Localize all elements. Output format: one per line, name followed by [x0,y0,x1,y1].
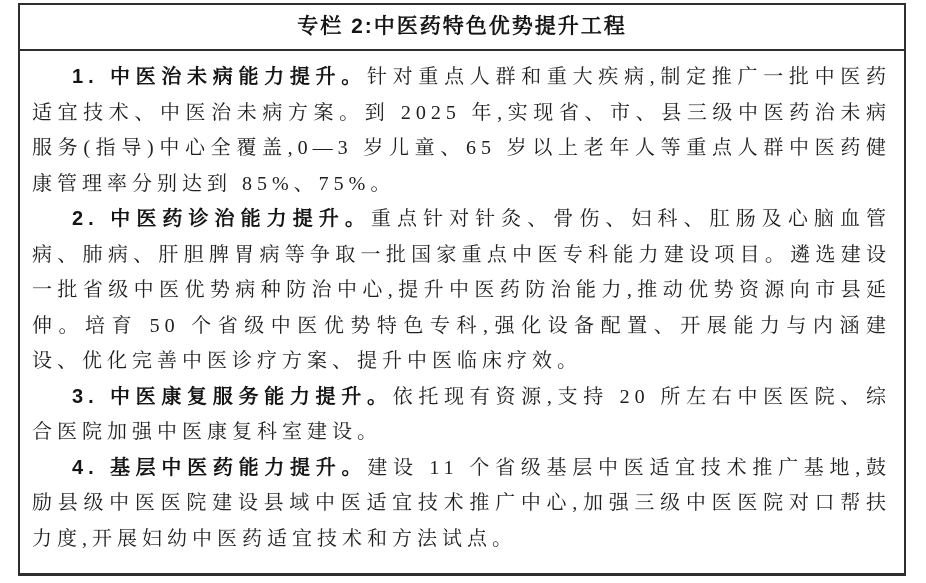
special-column-body: 1. 中医治未病能力提升。针对重点人群和重大疾病,制定推广一批中医药适宜技术、中… [20,51,904,557]
special-column-box: 专栏 2:中医药特色优势提升工程 1. 中医治未病能力提升。针对重点人群和重大疾… [18,3,906,576]
paragraph-2: 2. 中医药诊治能力提升。重点针对针灸、骨伤、妇科、肛肠及心脑血管病、肺病、肝胆… [32,202,891,380]
paragraph-1: 1. 中医治未病能力提升。针对重点人群和重大疾病,制定推广一批中医药适宜技术、中… [32,60,891,202]
paragraph-3: 3. 中医康复服务能力提升。依托现有资源,支持 20 所左右中医医院、综合医院加… [32,380,891,451]
paragraph-2-text: 重点针对针灸、骨伤、妇科、肛肠及心脑血管病、肺病、肝胆脾胃病等争取一批国家重点中… [32,208,891,372]
paragraph-2-heading: 2. 中医药诊治能力提升。 [72,208,371,230]
special-column-title: 专栏 2:中医药特色优势提升工程 [20,5,904,51]
paragraph-1-heading: 1. 中医治未病能力提升。 [72,66,367,88]
paragraph-3-heading: 3. 中医康复服务能力提升。 [72,386,393,408]
paragraph-4: 4. 基层中医药能力提升。建设 11 个省级基层中医适宜技术推广基地,鼓励县级中… [32,451,891,558]
paragraph-4-heading: 4. 基层中医药能力提升。 [72,457,367,479]
